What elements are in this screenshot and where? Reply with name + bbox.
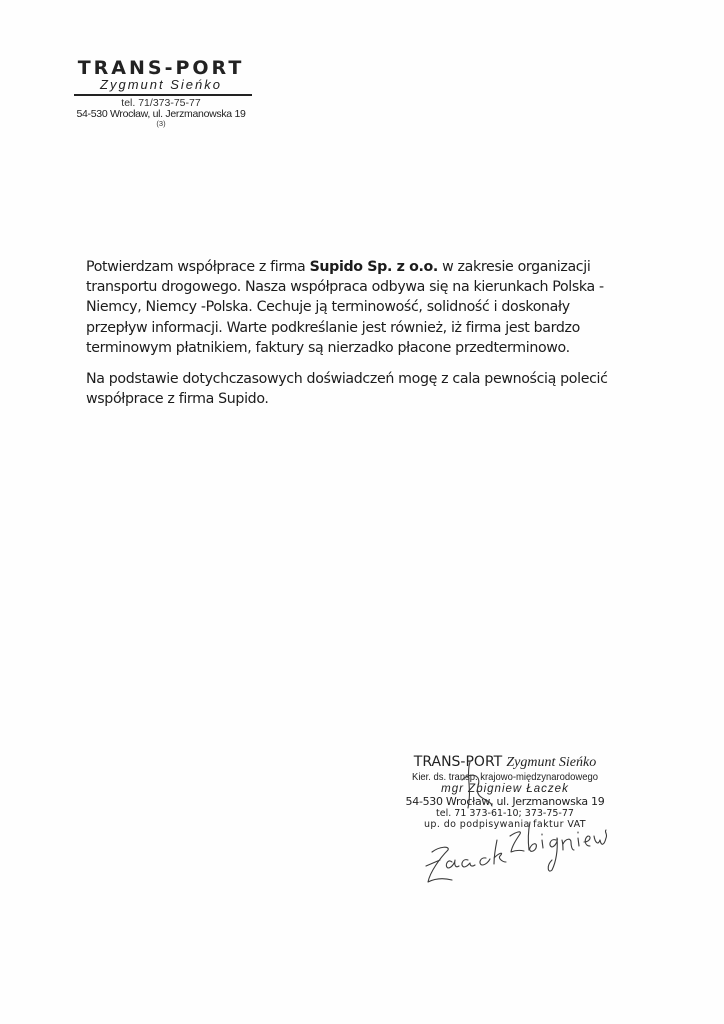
header-owner: Zygmunt Sieńko <box>66 78 256 91</box>
header-divider <box>74 94 252 96</box>
footer-authorization: up. do podpisywania faktur VAT <box>380 819 630 830</box>
header-stamp: TRANS-PORT Zygmunt Sieńko tel. 71/373-75… <box>66 58 256 128</box>
letter-page: TRANS-PORT Zygmunt Sieńko tel. 71/373-75… <box>0 0 724 1024</box>
footer-address: 54-530 Wrocław, ul. Jerzmanowska 19 <box>380 796 630 808</box>
paragraph-2: Na podstawie dotychczasowych doświadczeń… <box>86 369 626 409</box>
handwritten-signature <box>0 0 724 1024</box>
letter-body: Potwierdzam współprace z firma Supido Sp… <box>86 257 626 420</box>
paragraph-1-prefix: Potwierdzam współprace z firma <box>86 259 310 275</box>
footer-role: Kier. ds. transp. krajowo-międzynarodowe… <box>393 771 618 783</box>
paragraph-1: Potwierdzam współprace z firma Supido Sp… <box>86 257 626 358</box>
footer-phone: tel. 71 373-61-10; 373-75-77 <box>380 808 630 819</box>
footer-brand: TRANS-PORT <box>414 754 502 770</box>
footer-brand-line: TRANS-PORT Zygmunt Sieńko <box>380 753 630 771</box>
header-brand: TRANS-PORT <box>66 58 256 78</box>
footer-stamp: TRANS-PORT Zygmunt Sieńko Kier. ds. tran… <box>380 753 630 830</box>
company-name: Supido Sp. z o.o. <box>310 259 438 275</box>
header-number: (3) <box>66 120 256 128</box>
footer-owner: Zygmunt Sieńko <box>506 755 596 770</box>
